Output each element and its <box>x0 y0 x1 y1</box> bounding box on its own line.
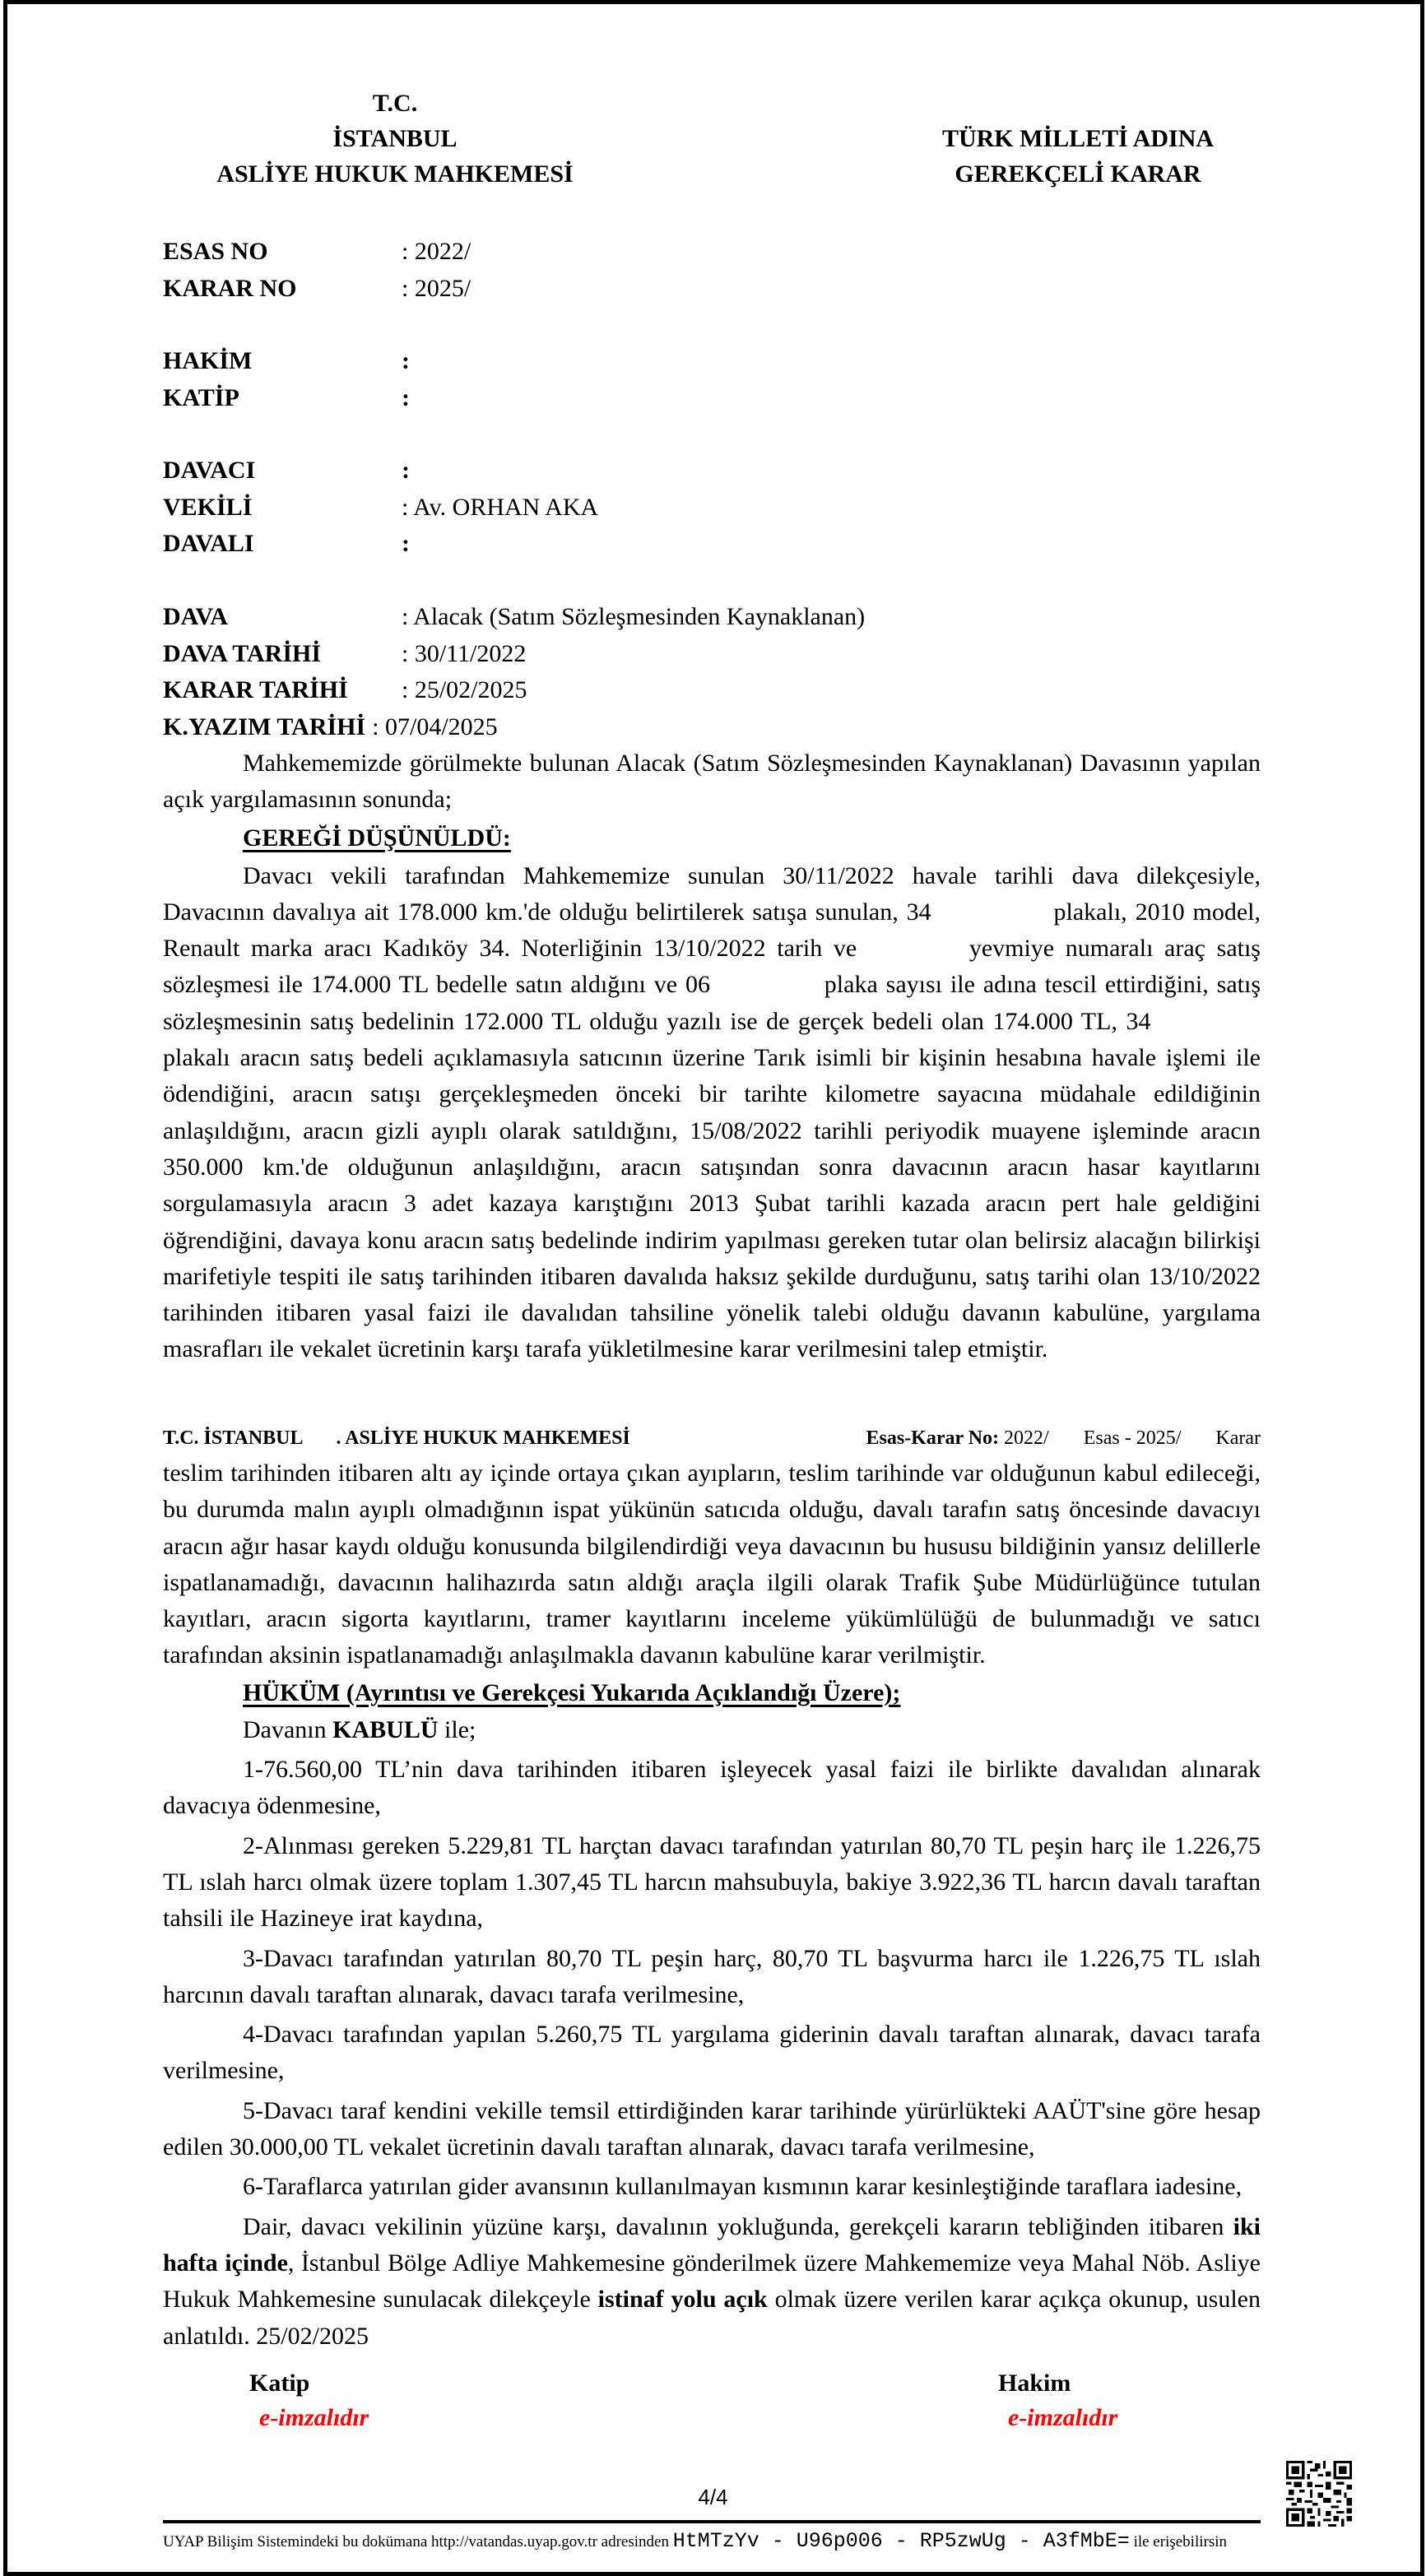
dava-value: : Alacak (Satım Sözleşmesinden Kaynaklan… <box>402 599 865 636</box>
court-header: T.C. İSTANBUL ASLİYE HUKUK MAHKEMESİ <box>165 86 625 192</box>
decision-header-line-1: TÜRK MİLLETİ ADINA <box>889 121 1267 156</box>
running-header-court: T.C. İSTANBUL <box>163 1427 303 1450</box>
verdict-heading: HÜKÜM (Ayrıntısı ve Gerekçesi Yukarıda A… <box>243 1674 900 1712</box>
karar-no-label: KARAR NO <box>163 271 402 308</box>
decision-header: TÜRK MİLLETİ ADINA GEREKÇELİ KARAR <box>889 121 1267 192</box>
verdict-item-6: 6-Taraflarca yatırılan gider avansının k… <box>163 2169 1261 2205</box>
esas-karar-esas-suffix: Esas - 2025/ <box>1084 1427 1182 1449</box>
hakim-row: HAKİM: <box>163 343 410 380</box>
hakim-value: : <box>402 343 410 380</box>
signature-judge: Hakim e-imzalıdır <box>998 2366 1117 2435</box>
court-header-line-3: ASLİYE HUKUK MAHKEMESİ <box>165 156 625 192</box>
acceptance-line: Davanın KABULÜ ile; <box>163 1712 1261 1748</box>
footer-prefix: UYAP Bilişim Sistemindeki bu dokümana ht… <box>163 2533 669 2550</box>
signature-judge-role: Hakim <box>998 2366 1117 2401</box>
karar-no-row: KARAR NO: 2025/ <box>163 271 471 308</box>
acceptance-suffix: ile; <box>444 1716 476 1743</box>
esas-karar-karar-suffix: Karar <box>1215 1427 1261 1449</box>
acceptance-bold: KABULÜ <box>332 1716 438 1743</box>
signature-clerk-status: e-imzalıdır <box>249 2401 369 2435</box>
karar-no-value: : 2025/ <box>402 271 471 308</box>
page-number: 4/4 <box>0 2485 1426 2510</box>
court-staff: HAKİM: KATİP: <box>163 343 410 416</box>
decision-body-part-1: Mahkememizde görülmekte bulunan Alacak (… <box>163 745 1261 1368</box>
esas-no-row: ESAS NO: 2022/ <box>163 234 471 271</box>
intro-paragraph: Mahkememizde görülmekte bulunan Alacak (… <box>163 745 1261 819</box>
kyazim-tarihi-label: K.YAZIM TARİHİ <box>163 709 365 746</box>
davali-row: DAVALI: <box>163 526 598 563</box>
closing-paragraph: Dair, davacı vekilinin yüzüne karşı, dav… <box>163 2209 1261 2355</box>
verdict-item-4: 4-Davacı tarafından yapılan 5.260,75 TL … <box>163 2017 1261 2090</box>
signature-clerk-role: Katip <box>249 2366 369 2401</box>
katip-row: KATİP: <box>163 380 410 417</box>
verdict-item-1: 1-76.560,00 TL’nin dava tarihinden itiba… <box>163 1752 1261 1825</box>
dava-label: DAVA <box>163 599 402 636</box>
parties: DAVACI: VEKİLİ: Av. ORHAN AKA DAVALI: <box>163 453 598 563</box>
vekili-label: VEKİLİ <box>163 490 402 527</box>
katip-label: KATİP <box>163 380 402 417</box>
footer-suffix: ile erişebilirsin <box>1134 2533 1227 2550</box>
verdict-item-2: 2-Alınması gereken 5.229,81 TL harçtan d… <box>163 1828 1261 1938</box>
kyazim-tarihi-value: : 07/04/2025 <box>372 709 498 746</box>
case-dates: DAVA: Alacak (Satım Sözleşmesinden Kayna… <box>163 599 865 745</box>
section-heading: GEREĞİ DÜŞÜNÜLDÜ: <box>243 819 511 858</box>
decision-header-line-2: GEREKÇELİ KARAR <box>889 156 1267 192</box>
esas-karar-label: Esas-Karar No: <box>866 1427 1000 1449</box>
closing-part-1: Dair, davacı vekilinin yüzüne karşı, dav… <box>243 2213 1233 2240</box>
verdict-item-3: 3-Davacı tarafından yatırılan 80,70 TL p… <box>163 1941 1261 2014</box>
karar-tarihi-value: : 25/02/2025 <box>402 672 527 709</box>
vekili-value: : Av. ORHAN AKA <box>402 490 598 527</box>
esas-no-value: : 2022/ <box>402 234 471 271</box>
signature-judge-status: e-imzalıdır <box>998 2401 1117 2435</box>
davaci-label: DAVACI <box>163 453 402 490</box>
closing-appeal-open: istinaf yolu açık <box>598 2286 768 2313</box>
esas-no-label: ESAS NO <box>163 234 402 271</box>
dava-tarihi-row: DAVA TARİHİ: 30/11/2022 <box>163 636 865 673</box>
hakim-label: HAKİM <box>163 343 402 380</box>
signature-clerk: Katip e-imzalıdır <box>249 2366 369 2435</box>
qr-code-icon[interactable] <box>1286 2460 1352 2527</box>
vekili-row: VEKİLİ: Av. ORHAN AKA <box>163 490 598 527</box>
verdict-item-5: 5-Davacı taraf kendini vekille temsil et… <box>163 2093 1261 2166</box>
dava-tarihi-value: : 30/11/2022 <box>402 636 526 673</box>
katip-value: : <box>402 380 410 417</box>
davaci-row: DAVACI: <box>163 453 598 490</box>
dava-row: DAVA: Alacak (Satım Sözleşmesinden Kayna… <box>163 599 865 636</box>
verification-code[interactable]: HtMTzYv - U96p006 - RP5zwUg - A3fMbE= <box>673 2529 1130 2553</box>
running-header: T.C. İSTANBUL . ASLİYE HUKUK MAHKEMESİ E… <box>163 1427 1261 1450</box>
davali-value: : <box>402 526 410 563</box>
decision-body-part-2: teslim tarihinden itibaren altı ay içind… <box>163 1455 1261 2355</box>
karar-tarihi-label: KARAR TARİHİ <box>163 672 402 709</box>
dava-tarihi-label: DAVA TARİHİ <box>163 636 402 673</box>
running-header-case-number: Esas-Karar No: 2022/ Esas - 2025/ Karar <box>866 1427 1261 1450</box>
claim-paragraph: Davacı vekili tarafından Mahkememize sun… <box>163 858 1261 1368</box>
davali-label: DAVALI <box>163 526 402 563</box>
kyazim-tarihi-row: K.YAZIM TARİHİ: 07/04/2025 <box>163 709 865 746</box>
case-numbers: ESAS NO: 2022/ KARAR NO: 2025/ <box>163 234 471 307</box>
running-header-court-type: . ASLİYE HUKUK MAHKEMESİ <box>336 1427 629 1450</box>
acceptance-prefix: Davanın <box>243 1716 327 1743</box>
footer-divider <box>163 2520 1261 2523</box>
karar-tarihi-row: KARAR TARİHİ: 25/02/2025 <box>163 672 865 709</box>
davaci-value: : <box>402 453 410 490</box>
reasoning-paragraph: teslim tarihinden itibaren altı ay içind… <box>163 1455 1261 1674</box>
footer-verification: UYAP Bilişim Sistemindeki bu dokümana ht… <box>163 2529 1227 2553</box>
esas-karar-esas: 2022/ <box>1004 1427 1049 1449</box>
court-header-line-2: İSTANBUL <box>165 121 625 156</box>
court-header-line-1: T.C. <box>165 86 625 121</box>
